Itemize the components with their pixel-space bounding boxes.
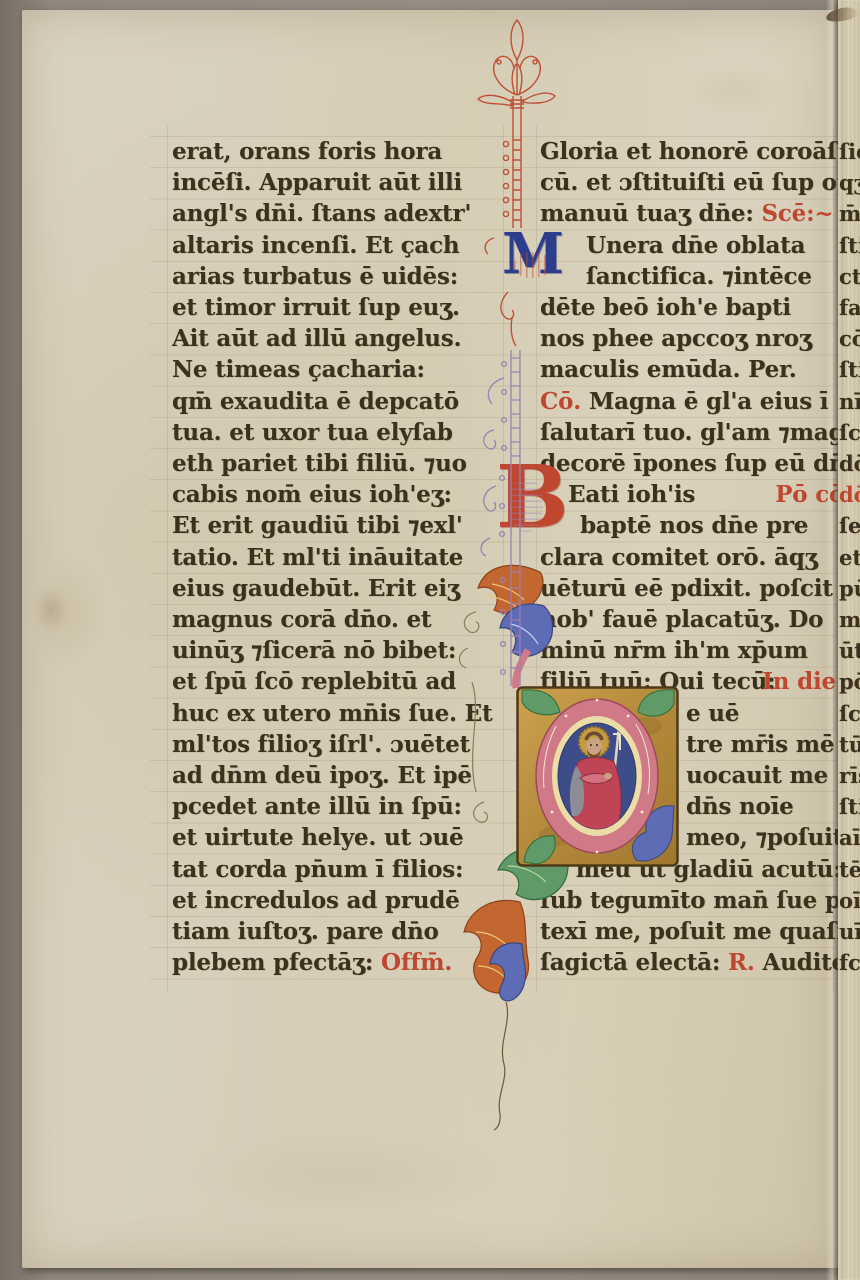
edge-text-fragment: ſti <box>839 791 860 822</box>
edge-text-fragment: nīs <box>839 386 860 417</box>
body-text: eius gaudebūt. Erit eiʒ <box>172 575 460 602</box>
body-text: cabis nom̄ eius ioh'eʒ: <box>172 481 452 508</box>
body-text: ſagictā electā: <box>540 949 728 976</box>
edge-text-fragment: etū <box>839 542 860 573</box>
body-text: uinūʒ ⁊ſicerā nō bibet: <box>172 637 456 664</box>
text-line: erat, orans foris hora <box>172 136 507 167</box>
body-text: Gloria et honorē coroāſti <box>540 138 856 165</box>
body-text: tat corda pn̄um ī filios: <box>172 856 463 883</box>
body-text: uocauit me <box>686 762 828 789</box>
body-text: Unera dn̄e oblata <box>586 232 805 259</box>
text-line: Ne timeas çacharia: <box>172 354 507 385</box>
text-line: tat corda pn̄um ī filios: <box>172 854 507 885</box>
body-text: dēte beō ioh'e bapti <box>540 294 791 321</box>
text-line: Gloria et honorē coroāſti <box>540 136 838 167</box>
edge-text-fragment: ſcē <box>839 417 860 448</box>
text-line: et incredulos ad prudē <box>172 885 507 916</box>
text-line: maculis emūda. Per. <box>540 354 838 385</box>
text-line: Eati ioh'isPō cō. <box>540 479 860 510</box>
text-line: altaris incenſi. Et çach <box>172 230 507 261</box>
body-text: qm̄ exaudita ē depcatō <box>172 388 459 415</box>
edge-text-fragment: dōm <box>839 479 860 510</box>
body-text: ſanctifica. ⁊intēce <box>586 263 812 290</box>
body-text: clara comitet orō. āqʒ <box>540 544 817 571</box>
body-text: tua. et uxor tua elyſab <box>172 419 453 446</box>
body-text: ſalutarī tuo. gl'am ⁊magʒ̄ <box>540 419 857 446</box>
body-text: tatio. Et ml'ti ināuitate <box>172 544 463 571</box>
text-line: tatio. Et ml'ti ināuitate <box>172 542 507 573</box>
text-line: Ait aūt ad illū angelus. <box>172 323 507 354</box>
rubric-text: R. <box>728 949 763 976</box>
text-line: magnus corā dn̄o. et <box>172 604 507 635</box>
body-text: eth pariet tibi filiū. ⁊uo <box>172 450 467 477</box>
body-text: magnus corā dn̄o. et <box>172 606 431 633</box>
body-text: et incredulos ad prudē <box>172 887 460 914</box>
body-text: nos phee apccoʒ nroʒ <box>540 325 812 352</box>
text-line: ſalutarī tuo. gl'am ⁊magʒ̄ <box>540 417 838 448</box>
text-line: eius gaudebūt. Erit eiʒ <box>172 573 507 604</box>
edge-text-fragment: qʒ <box>839 167 860 198</box>
edge-text-fragment: dōi <box>839 448 860 479</box>
rubric-text: Scē:~ <box>761 200 833 227</box>
body-text: ad dn̄m deū ipoʒ. Et ipē <box>172 762 472 789</box>
text-line: nob' fauē placatūʒ. Do <box>540 604 838 635</box>
body-text: texī me, poſuit me quaſi <box>540 918 845 945</box>
edge-text-fragment: pō <box>839 666 860 697</box>
text-line: incēſi. Apparuit aūt illi <box>172 167 507 198</box>
text-line: Unera dn̄e oblata <box>540 230 860 261</box>
edge-text-fragment: oīs <box>839 885 860 916</box>
body-text: nob' fauē placatūʒ. Do <box>540 606 823 633</box>
edge-text-fragment: fcē <box>839 947 860 978</box>
text-line: dēte beō ioh'e bapti <box>540 292 838 323</box>
text-line: manuū tuaʒ dn̄e: Scē:~ <box>540 198 838 229</box>
initial-m-red-filigree <box>514 252 550 278</box>
body-text: arias turbatus ē uidēs: <box>172 263 458 290</box>
body-text: plebem pfectāʒ: <box>172 949 381 976</box>
facing-page-edge: ſicqʒm̄oſtictēfacōſtinīsſcēdōidōmſetetūp… <box>838 0 860 1280</box>
text-line: uinūʒ ⁊ſicerā nō bibet: <box>172 635 507 666</box>
body-text: Et erit gaudiū tibi ⁊exl' <box>172 512 463 539</box>
text-line: Et erit gaudiū tibi ⁊exl' <box>172 510 507 541</box>
text-line: ſagictā electā: R. Audite <box>540 947 838 978</box>
body-text: uēturū eē pdixit. poſcit <box>540 575 833 602</box>
text-line: pcedet ante illū in ſpū: <box>172 791 507 822</box>
body-text: minū nr̄m ih'm xp̄um <box>540 637 808 664</box>
body-text: altaris incenſi. Et çach <box>172 232 459 259</box>
text-line: et ſpū ſcō replebitū ad <box>172 666 507 697</box>
edge-text-fragment: ſti <box>839 354 860 385</box>
edge-text-fragment: pū <box>839 573 860 604</box>
body-text: tre mr̄is mē <box>686 731 834 758</box>
body-text: dn̄s noīe <box>686 793 794 820</box>
body-text: ml'tos filioʒ iſrl'. ɔuētet <box>172 731 470 758</box>
body-text: incēſi. Apparuit aūt illi <box>172 169 462 196</box>
ruling-vertical-left <box>167 126 168 992</box>
rubric-text: In die <box>762 666 836 697</box>
edge-text-fragment: tū <box>839 729 860 760</box>
edge-text-fragment: fa <box>839 292 860 323</box>
initial-d-artwork <box>516 686 679 867</box>
body-text: Ait aūt ad illū angelus. <box>172 325 461 352</box>
text-line: tua. et uxor tua elyſab <box>172 417 507 448</box>
body-text: Eati ioh'is <box>568 481 695 508</box>
text-line: angl's dn̄i. ſtans adextr' <box>172 198 507 229</box>
text-line: ſanctifica. ⁊intēce <box>540 261 860 292</box>
text-line: baptē nos dn̄e pre <box>540 510 860 541</box>
manuscript-scan: erat, orans foris horaincēſi. Apparuit a… <box>0 0 860 1280</box>
body-text: meo, ⁊poſuit <box>686 824 843 851</box>
edge-text-fragment: aīa <box>839 822 860 853</box>
body-text: decorē īpones ſup eū dn̄e: <box>540 450 860 477</box>
body-text: et ſpū ſcō replebitū ad <box>172 668 456 695</box>
rubric-text: Cō. <box>540 388 589 415</box>
body-text: manuū tuaʒ dn̄e: <box>540 200 761 227</box>
body-text: e uē <box>686 700 739 727</box>
text-line: et uirtute helye. ut ɔuē <box>172 822 507 853</box>
text-line: et timor irruit ſup euʒ. <box>172 292 507 323</box>
text-line: cū. et ɔſtituiſti eū ſup opa <box>540 167 838 198</box>
body-text: tiam iuſtoʒ. pare dn̄o <box>172 918 439 945</box>
text-line: nos phee apccoʒ nroʒ <box>540 323 838 354</box>
body-text: cū. et ɔſtituiſti eū ſup opa <box>540 169 860 196</box>
body-text: baptē nos dn̄e pre <box>580 512 808 539</box>
body-text: erat, orans foris hora <box>172 138 442 165</box>
text-line: minū nr̄m ih'm xp̄um <box>540 635 838 666</box>
text-line: plebem pfectāʒ: Offm̄. <box>172 947 507 978</box>
edge-text-fragment: m̄o <box>839 198 860 229</box>
text-line: ml'tos filioʒ iſrl'. ɔuētet <box>172 729 507 760</box>
edge-text-fragment: cō <box>839 323 860 354</box>
body-text: Ne timeas çacharia: <box>172 356 425 383</box>
text-line: Cō. Magna ē gl'a eius ī <box>540 386 838 417</box>
edge-text-fragment: ſet <box>839 510 860 541</box>
body-text: Magna ē gl'a eius ī <box>589 388 828 415</box>
body-text: ſub tegumīto man̄ ſue p- <box>540 887 850 914</box>
body-text: huc ex utero mn̄is ſue. Et <box>172 700 492 727</box>
initial-b-violet-filigree <box>509 478 543 532</box>
text-line: ad dn̄m deū ipoʒ. Et ipē <box>172 760 507 791</box>
edge-text-fragment: ſcī <box>839 698 860 729</box>
edge-text-fragment: uīt <box>839 916 860 947</box>
text-line: decorē īpones ſup eū dn̄e: <box>540 448 838 479</box>
body-text: et timor irruit ſup euʒ. <box>172 294 460 321</box>
body-text: maculis emūda. Per. <box>540 356 797 383</box>
edge-text-fragment: ſti <box>839 230 860 261</box>
body-text: pcedet ante illū in ſpū: <box>172 793 462 820</box>
text-line: ſub tegumīto man̄ ſue p- <box>540 885 838 916</box>
text-line: cabis nom̄ eius ioh'eʒ: <box>172 479 507 510</box>
body-text: angl's dn̄i. ſtans adextr' <box>172 200 471 227</box>
edge-text-fragment: ctē <box>839 261 860 292</box>
edge-text-fragment: tē <box>839 854 860 885</box>
text-line: texī me, poſuit me quaſi <box>540 916 838 947</box>
text-line: tiam iuſtoʒ. pare dn̄o <box>172 916 507 947</box>
rubric-text: Offm̄. <box>381 949 452 976</box>
text-line: arias turbatus ē uidēs: <box>172 261 507 292</box>
text-line: eth pariet tibi filiū. ⁊uo <box>172 448 507 479</box>
edge-text-fragment: ūt <box>839 635 860 666</box>
text-line: clara comitet orō. āqʒ <box>540 542 838 573</box>
edge-text-fragment: ſic <box>839 136 860 167</box>
body-text: et uirtute helye. ut ɔuē <box>172 824 463 851</box>
edge-text-fragment: rīs <box>839 760 860 791</box>
text-line: qm̄ exaudita ē depcatō <box>172 386 507 417</box>
text-line: uēturū eē pdixit. poſcit <box>540 573 838 604</box>
text-line: huc ex utero mn̄is ſue. Et <box>172 698 507 729</box>
body-text: Audite <box>763 949 846 976</box>
historiated-initial-d <box>516 686 679 867</box>
edge-text-fragment: mīt <box>839 604 860 635</box>
